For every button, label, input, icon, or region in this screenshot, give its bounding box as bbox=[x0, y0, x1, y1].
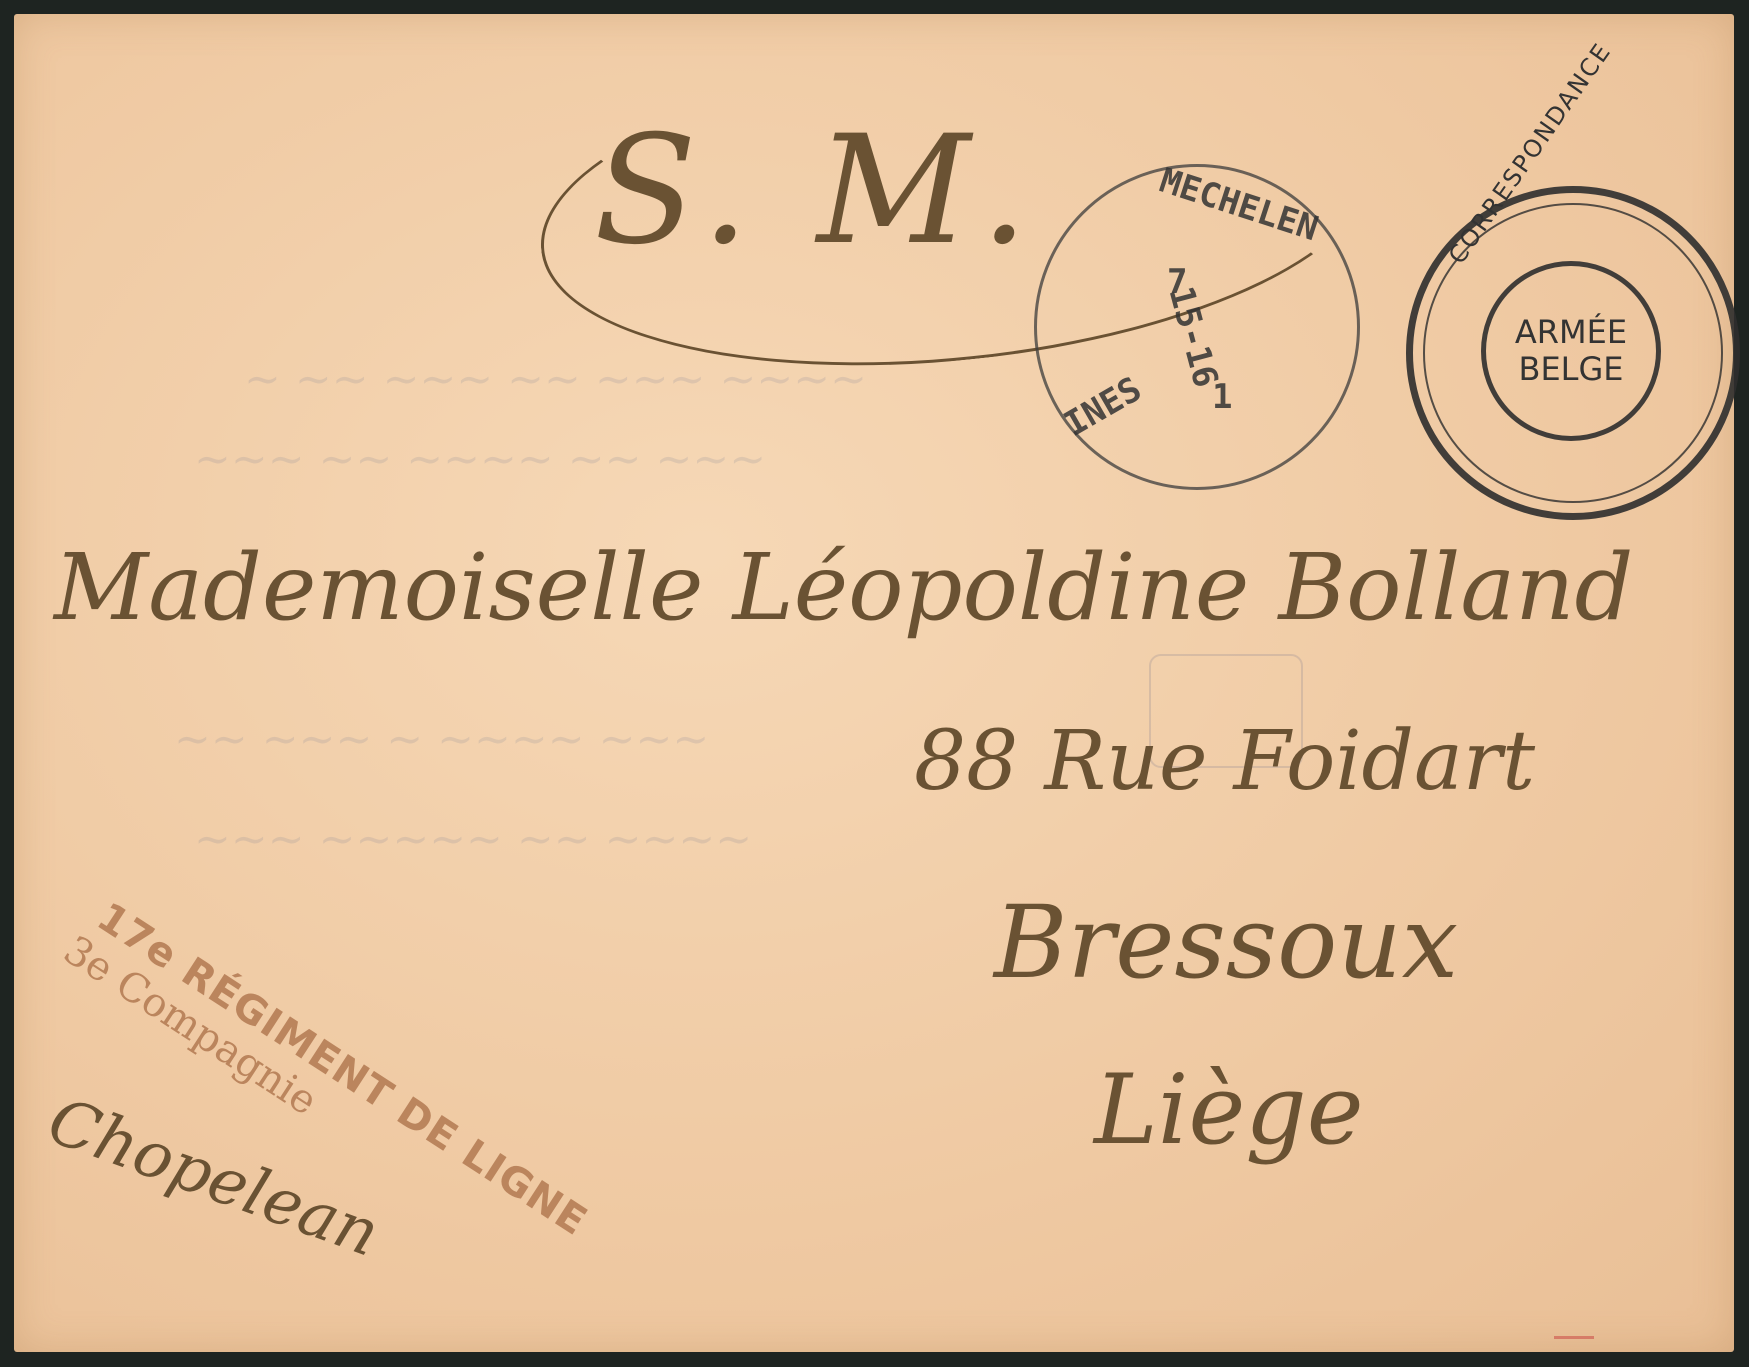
stamp-line-1: ARMÉE bbox=[1515, 314, 1627, 351]
show-through-writing: ~~~ ~~ ~~~~ ~~ ~~~ bbox=[194, 434, 766, 485]
red-mark bbox=[1554, 1316, 1594, 1339]
mechelen-postmark: MECHELEN INES 15-16 7 1 bbox=[1034, 164, 1360, 490]
stamp-center: ARMÉE BELGE bbox=[1481, 261, 1661, 441]
recipient-city: Liège bbox=[1094, 1054, 1364, 1166]
recipient-street: 88 Rue Foidart bbox=[914, 714, 1535, 809]
postmark-day: 7 bbox=[1167, 262, 1187, 302]
postmark-index: 1 bbox=[1212, 377, 1232, 417]
show-through-writing: ~~~ ~~~~~ ~~ ~~~~ bbox=[194, 814, 752, 865]
recipient-name: Mademoiselle Léopoldine Bolland bbox=[54, 534, 1633, 641]
show-through-writing: ~~ ~~~ ~ ~~~~ ~~~ bbox=[174, 714, 709, 765]
header-marking: S. M. bbox=[594, 104, 1038, 278]
postmark-town-bottom: INES bbox=[1057, 369, 1148, 445]
recipient-town: Bressoux bbox=[994, 884, 1458, 1001]
army-correspondence-stamp: CORRESPONDANCE ARMÉE BELGE bbox=[1406, 186, 1740, 520]
stamp-line-2: BELGE bbox=[1518, 351, 1623, 388]
envelope: ~ ~~ ~~~ ~~ ~~~ ~~~~ ~~~ ~~ ~~~~ ~~ ~~~ … bbox=[14, 14, 1734, 1352]
